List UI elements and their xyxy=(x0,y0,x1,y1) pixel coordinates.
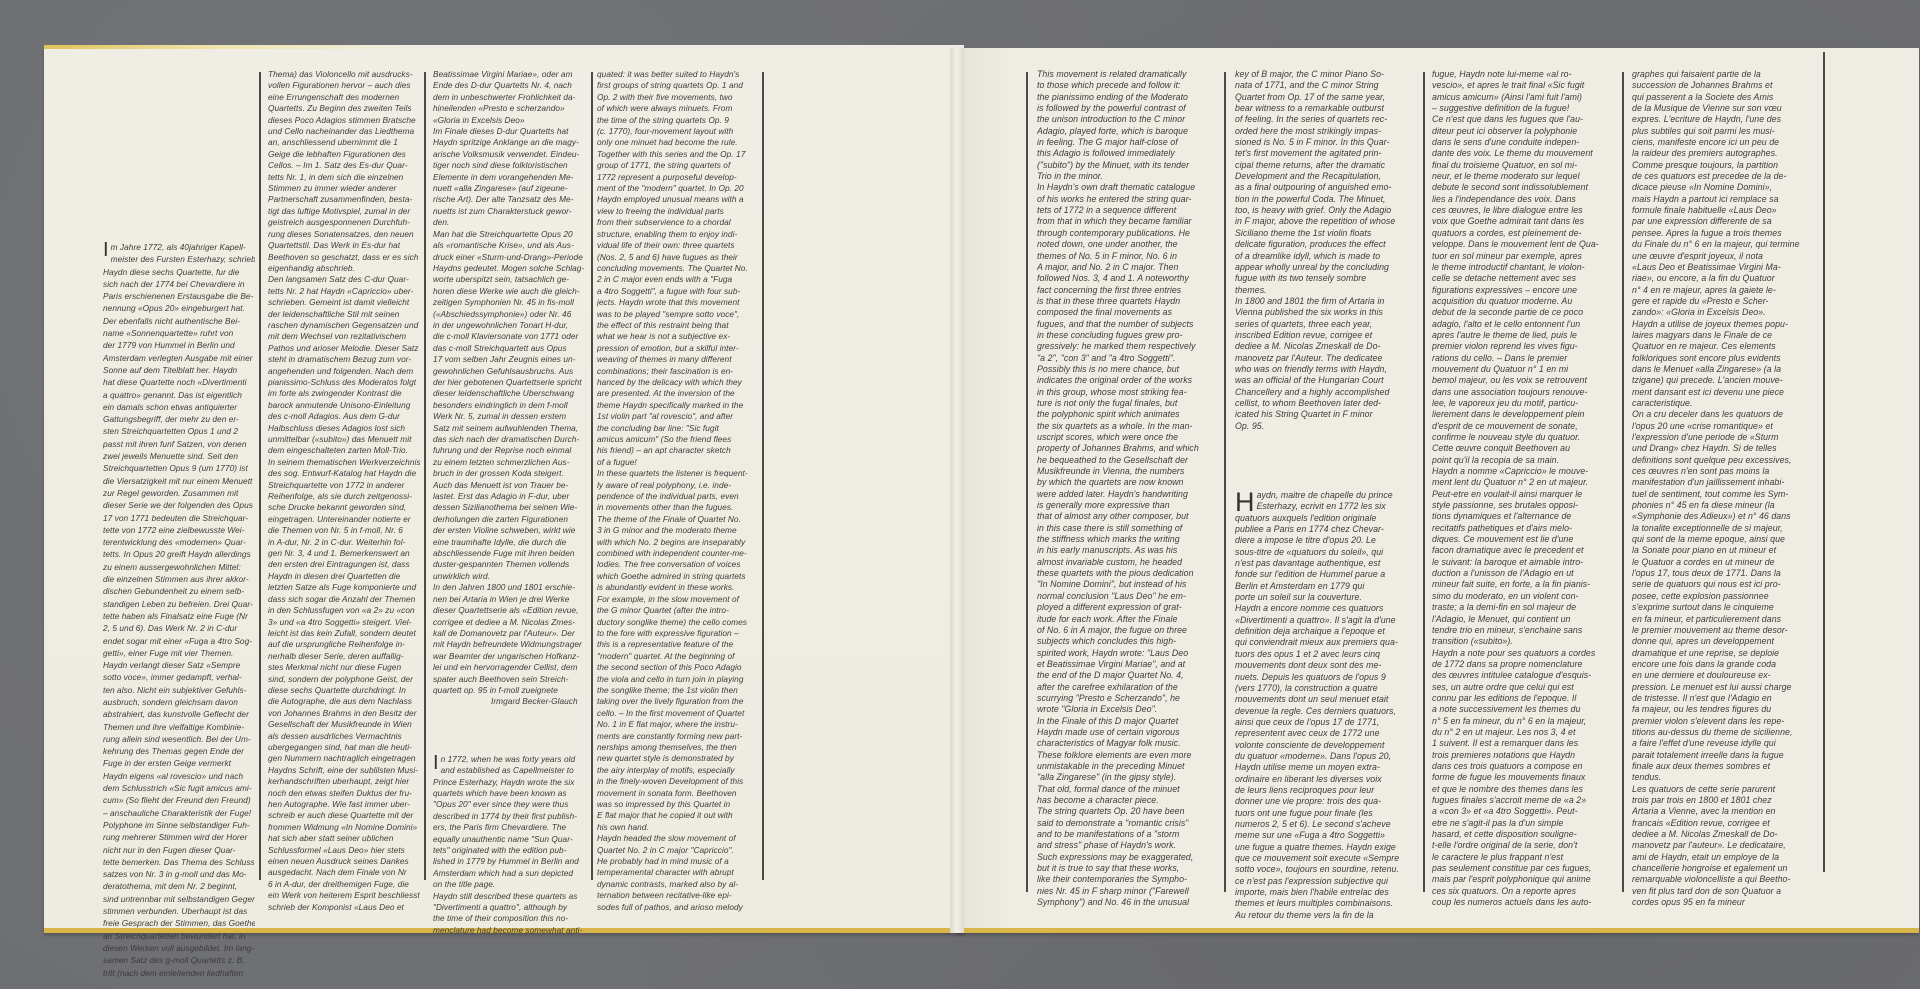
text-line: nerhalb dieser Serie, deren auffallig- xyxy=(268,651,420,662)
column-rule xyxy=(1823,52,1825,872)
text-line: que ce mouvement soit execute «Sempre xyxy=(1235,853,1421,864)
drop-cap: H xyxy=(1235,492,1255,512)
text-line: duction a l'unisson de l'Adagio en ut xyxy=(1432,568,1619,579)
text-line: passt mit ihren funf Satzen, von denen xyxy=(103,438,255,450)
text-line: die Autographe, die aus dem Nachlass xyxy=(268,696,420,707)
text-line: le Quatuor a cordes en ut mineur de xyxy=(1632,557,1820,568)
text-line: Auch das Menuett ist von Trauer be- xyxy=(433,480,587,491)
text-line: in movements other than the fugues. xyxy=(597,502,759,513)
text-line: des c-moll Adagios. Aus dem G-dur xyxy=(268,411,420,422)
text-line: recitatifs pathetiques et d'airs melo- xyxy=(1432,523,1619,534)
text-line: is abundantly evident in these works. xyxy=(597,582,759,593)
text-line: dessen Sizilianothema bei seinen Wie- xyxy=(433,502,587,513)
text-line: sous-titre de «quatuors du soleil», qui xyxy=(1235,547,1421,558)
text-line: ly aware of real polyphony, i.e. inde- xyxy=(597,480,759,491)
text-line: duster-gespannten Themen vollends xyxy=(433,559,587,570)
text-line: the G minor Quartet (after the intro- xyxy=(597,605,759,616)
text-line: stes Merkmal nicht nur diese Fugen xyxy=(268,662,420,673)
text-line: "Divertimenti a quattro", although by xyxy=(433,902,587,913)
text-line: mouvements dont un seul menuet etait xyxy=(1235,694,1421,705)
text-line: du quatuor «moderne». Dans l'opus 20, xyxy=(1235,751,1421,762)
text-line: apres l'autre le theme de lied, puis le xyxy=(1432,330,1619,341)
text-line: abschliessende Fuge mit ihren beiden xyxy=(433,548,587,559)
text-line: on the title page. xyxy=(433,879,587,890)
text-line: numeros 2, 5 et 6). Le second s'acheve xyxy=(1235,819,1421,830)
text-line: itude for each work. After the Finale xyxy=(1037,614,1221,625)
text-line: fonde sur l'edition de Hummel parue a xyxy=(1235,569,1421,580)
text-line: hen Autographe. Wie fast immer uber- xyxy=(268,799,420,810)
text-line: deratothema, mit dem Nr. 2 beginnt, xyxy=(103,880,255,892)
text-line: "alla Zingarese" (in the gipsy style). xyxy=(1037,772,1221,783)
text-line: cellist, to whom Beethoven later ded- xyxy=(1235,398,1421,409)
text-line: et Beatissimae Virgini Mariae", and at xyxy=(1037,659,1221,670)
text-line: acquisition du quatuor moderne. Au xyxy=(1432,296,1619,307)
text-line: indicates the original order of the work… xyxy=(1037,375,1221,386)
text-line: veloppe. Dans le mouvement lent de Qua- xyxy=(1432,239,1619,250)
text-line: diques. Ce mouvement est lie d'une xyxy=(1432,534,1619,545)
text-line: dante des voix. Le theme du mouvement xyxy=(1432,148,1619,159)
text-line: connu par les editions de l'epoque. Il xyxy=(1432,693,1619,704)
text-line: to those which precede and follow it: xyxy=(1037,80,1221,91)
text-line: Haydn a note pour ses quatuors a cordes xyxy=(1432,648,1619,659)
text-line: For example, in the slow movement of xyxy=(597,594,759,605)
text-line: Stimmen zu immer wieder anderer xyxy=(268,183,420,194)
text-line: n'est pas davantage authentique, est xyxy=(1235,558,1421,569)
text-line: ces œuvres, le libre dialogue entre les xyxy=(1432,205,1619,216)
text-line: zeitigen Symphonien Nr. 45 in fis-moll xyxy=(433,297,587,308)
text-line: lierement dans le developpement plein xyxy=(1432,409,1619,420)
text-line: derholungen die zarten Figurationen xyxy=(433,514,587,525)
text-line: forme de fugue les mouvements finaux xyxy=(1432,772,1619,783)
text-line: Siciliano theme the 1st violin floats xyxy=(1235,228,1421,239)
booklet-spine xyxy=(950,48,964,933)
text-line: von Johannes Brahms in den Besitz der xyxy=(268,708,420,719)
text-line: sioned is No. 5 in F minor. In this Quar… xyxy=(1235,137,1421,148)
text-line: an, anschliessend ubernimmt die 1 xyxy=(268,137,420,148)
text-line: manovetz par l'Auteur. The dedicatee xyxy=(1235,353,1421,364)
text-line: ausgedacht. Nach dem Finale von Nr xyxy=(268,867,420,878)
text-line: posee, cette explosion passionnee xyxy=(1632,591,1820,602)
text-line: – anschauliche Charakteristik der Fuge! xyxy=(103,807,255,819)
text-line: du n° 2 en ut majeur. Les nos 3, 4 et xyxy=(1432,727,1619,738)
text-line: this Adagio is followed immediately xyxy=(1037,148,1221,159)
text-line: Haydn made use of certain vigorous xyxy=(1037,727,1221,738)
text-line: premier violon reprend les vives figu- xyxy=(1432,341,1619,352)
text-line: Den langsamen Satz des C-dur Quar- xyxy=(268,274,420,285)
text-line: like their contemporaries the Sympho- xyxy=(1037,874,1221,885)
text-line: bemol majeur, ou les voix se retrouvent xyxy=(1432,375,1619,386)
text-line: tendus. xyxy=(1632,772,1820,783)
text-line: facon dramatique avec le precedent et xyxy=(1432,545,1619,556)
text-line: mais Haydn a partout ici remplace sa xyxy=(1632,194,1820,205)
text-line: In Haydn's own draft thematic catalogue xyxy=(1037,182,1221,193)
paragraph-gap xyxy=(433,708,587,754)
text-line: scurrying "Presto e Scherzando", he xyxy=(1037,693,1221,704)
text-line: des sog. Entwurf-Katalog hat Haydn die xyxy=(268,468,420,479)
text-line: zur Regel geworden. Zusammen mit xyxy=(103,487,255,499)
text-line: Comme presque toujours, la partition xyxy=(1632,160,1820,171)
text-line: Sonne auf dem Titelblatt her. Haydn xyxy=(103,364,255,376)
text-line: hanced by the delicacy with which they xyxy=(597,377,759,388)
text-line: theme Haydn specifically marked in the xyxy=(597,400,759,411)
text-line: equally unauthentic name "Sun Quar- xyxy=(433,834,587,845)
text-line: gressively: he marked them respectively xyxy=(1037,341,1221,352)
text-line: ciens, manifeste encore ici un peu de xyxy=(1632,137,1820,148)
text-line: ers, the Paris firm Chevardiere. The xyxy=(433,822,587,833)
text-line: dieses Poco Adagios stimmen Bratsche xyxy=(268,115,420,126)
text-line: lished in 1779 by Hummel in Berlin and xyxy=(433,856,587,867)
text-line: im forte als zwingender Kontrast die xyxy=(268,388,420,399)
text-line: ("subito") by the Minuet, with its tende… xyxy=(1037,160,1221,171)
text-line: ture is not only the fugal finales, but xyxy=(1037,398,1221,409)
author-signature: Irmgard Becker-Glauch xyxy=(433,696,587,707)
text-line: fugues, and that the number of subjects xyxy=(1037,319,1221,330)
text-line: in den Schlussfugen von «a 2» zu «con xyxy=(268,605,420,616)
column-rule xyxy=(1224,72,1226,892)
text-line: 1 suivent. Il est a remarquer dans les xyxy=(1432,738,1619,749)
text-line: 2, 5 und 6). Das Werk Nr. 2 in C-dur xyxy=(103,622,255,634)
text-line: druck einer «Sturm-und-Drang»-Periode xyxy=(433,252,587,263)
text-line: of which were always minuets. From xyxy=(597,103,759,114)
text-line: etre ne s'agit-il pas la d'un simple xyxy=(1432,818,1619,829)
text-line: Quartetts. Zu Beginn des zweiten Teils xyxy=(268,103,420,114)
text-line: expres. L'ecriture de Haydn, l'une des xyxy=(1632,114,1820,125)
text-line: Cellos. – Im 1. Satz des Es-dur Quar- xyxy=(268,160,420,171)
text-line: Satz mit seinem aufwuhlenden Thema, xyxy=(433,423,587,434)
text-line: rung allein sind wesentlich. Bei der Um- xyxy=(103,733,255,745)
text-line: spater auch Beethoven sein Streich- xyxy=(433,674,587,685)
text-line: succession de Johannes Brahms et xyxy=(1632,80,1820,91)
text-line: figurations expressives – encore une xyxy=(1432,285,1619,296)
text-line: Paris erschienenen Erstausgabe die Be- xyxy=(103,290,255,302)
text-line: bear witness to a remarkable outburst xyxy=(1235,103,1421,114)
text-line: dieser Serie we der folgenden des Opus xyxy=(103,499,255,511)
text-line: tions dynamiques et l'alternance de xyxy=(1432,511,1619,522)
text-line: noted down, one under another, the xyxy=(1037,239,1221,250)
text-line: hat sich aber statt seiner ublichen xyxy=(268,833,420,844)
text-line: first groups of string quartets Op. 1 an… xyxy=(597,80,759,91)
text-line: composed the final movements as xyxy=(1037,307,1221,318)
text-line: jects. Haydn wrote that this movement xyxy=(597,297,759,308)
text-line: riae», ou encore, a la fin du Quatuor xyxy=(1632,273,1820,284)
text-line: (c. 1770), four-movement layout with xyxy=(597,126,759,137)
text-line: et que le nombre des themes dans les xyxy=(1432,784,1619,795)
text-line: celle se detache nettement avec ses xyxy=(1432,273,1619,284)
text-line: eine traumhafte Idylle, die durch die xyxy=(433,537,587,548)
text-line: der 1779 von Hummel in Berlin und xyxy=(103,339,255,351)
text-line: normal conclusion "Laus Deo" he em- xyxy=(1037,591,1221,602)
text-line: in his early manuscripts. As was his xyxy=(1037,545,1221,556)
text-line: meme sur une «Fuga a 4tro Soggetti» xyxy=(1235,830,1421,841)
text-line: sodes full of pathos, and arioso melody xyxy=(597,902,759,913)
text-line: too, is heavy with grief. Only the Adagi… xyxy=(1235,205,1421,216)
text-line: rations du cello. – Dans le premier xyxy=(1432,353,1619,364)
text-line: ces œuvres n'en sont pas moins la xyxy=(1632,466,1820,477)
text-line: t-elle l'ordre original de la serie, don… xyxy=(1432,840,1619,851)
text-line: cello. – In the first movement of Quarte… xyxy=(597,708,759,719)
text-line: Haydn a nomme «Capriccio» le mouve- xyxy=(1432,466,1619,477)
text-line: On a cru deceler dans les quatuors de xyxy=(1632,409,1820,420)
text-line: combinations; their fascination is en- xyxy=(597,366,759,377)
text-line: fugue, Haydn note lui-meme «al ro- xyxy=(1432,69,1619,80)
text-line: porte un soleil sur la couverture. xyxy=(1235,592,1421,603)
text-line: graphes qui faisaient partie de la xyxy=(1632,69,1820,80)
text-line: mais par l'esprit polyphonique qui anime xyxy=(1432,874,1619,885)
text-line: lei und ein hervorragender Cellist, dem xyxy=(433,662,587,673)
text-line: l'Adagio, le Menuet, qui contient un xyxy=(1432,614,1619,625)
text-line: was an official of the Hungarian Court xyxy=(1235,375,1421,386)
text-line: letzten Satze als Fuge komponierte und xyxy=(268,582,420,593)
text-line: Symphony") and No. 46 in the unusual xyxy=(1037,897,1221,908)
text-line: property of Johannes Brahms, and which xyxy=(1037,443,1221,454)
text-line: Haydn still described these quartets as xyxy=(433,891,587,902)
drop-cap: I xyxy=(103,243,109,257)
text-line: Thema) das Violoncello mit ausdrucks- xyxy=(268,69,420,80)
text-line: quated: it was better suited to Haydn's xyxy=(597,69,759,80)
text-line: le caractere le plus frappant n'est xyxy=(1432,852,1619,863)
text-line: Development and the Recapitulation, xyxy=(1235,171,1421,182)
text-line: corrigee et dediee a M. Nicolas Zmes- xyxy=(433,617,587,628)
text-line: de leurs liens reciproques pour leur xyxy=(1235,785,1421,796)
text-line: de tristesse. Il n'est que l'Adagio en xyxy=(1632,693,1820,704)
text-line: characteristics of Magyar folk music. xyxy=(1037,738,1221,749)
text-line: Haydn a encore nomme ces quatuors xyxy=(1235,603,1421,614)
text-line: Berlin et Amsterdam en 1779 qui xyxy=(1235,581,1421,592)
text-line: manifestation d'un jaillissement inhabi- xyxy=(1632,477,1820,488)
text-line: ainsi que ceux de l'opus 17 de 1771, xyxy=(1235,717,1421,728)
text-line: who was on friendly terms with Haydn, xyxy=(1235,364,1421,375)
text-line: Quartet No. 2 in C major "Capriccio". xyxy=(597,845,759,856)
text-line: dediee a M. Nicolas Zmeskall de Do- xyxy=(1235,341,1421,352)
text-line: Musikfreunde in Vienna, the numbers xyxy=(1037,466,1221,477)
text-line: vidual life of their own: three quartets xyxy=(597,240,759,251)
text-line: key of B major, the C minor Piano So- xyxy=(1235,69,1421,80)
text-line: of No. 6 in A major, the fugue on three xyxy=(1037,625,1221,636)
text-line: and stress" phase of Haydn's work. xyxy=(1037,840,1221,851)
text-line: – suggestive definition de la fugue! xyxy=(1432,103,1619,114)
text-line: kerhandschriften uberhaupt, zeigt hier xyxy=(268,776,420,787)
text-line: only one minuet had become the rule. xyxy=(597,137,759,148)
text-line: Haydn utilise meme un moyen extra- xyxy=(1235,762,1421,773)
text-line: Haydns gedeutet. Mogen solche Schlag- xyxy=(433,263,587,274)
text-line: und Cello nacheinander das Liedthema xyxy=(268,126,420,137)
text-line: to the fore with expressive figuration – xyxy=(597,628,759,639)
text-line: icated his String Quartet in F minor xyxy=(1235,409,1421,420)
text-line: sotto voce», immer gedampft, verhal- xyxy=(103,671,255,683)
text-line: gen Nummern nachtraglich eingetragen xyxy=(268,753,420,764)
text-line: l'expression d'une periode de «Sturm xyxy=(1632,432,1820,443)
text-line: Quartet from Op. 17 of the same year, xyxy=(1235,92,1421,103)
text-line: laires magyars dans le Finale de ce xyxy=(1632,330,1820,341)
text-line: d'esprit de ce mouvement de sonate, xyxy=(1432,421,1619,432)
text-line: hat diese Quartette noch «Divertimenti xyxy=(103,376,255,388)
text-line: getti», einer Fuge mit vier Themen. xyxy=(103,647,255,659)
text-line: samen Satz des g-moll Quartetts z. B. xyxy=(103,954,255,966)
text-line: but it is true to say that these works, xyxy=(1037,863,1221,874)
text-line: the time of their composition this no- xyxy=(433,913,587,924)
drop-cap: I xyxy=(433,756,439,770)
text-line: series of quartets, three each year, xyxy=(1235,319,1421,330)
text-line: dramatique et une reprise, se deploie xyxy=(1632,648,1820,659)
text-line: schrieben. Gemeint ist damit vielleicht xyxy=(268,297,420,308)
text-line: eingetragen. Untereinander notierte er xyxy=(268,514,420,525)
text-line: freie Gesprach der Stimmen, das Goethe xyxy=(103,917,255,929)
text-line: lies a l'independance des voix. Dans xyxy=(1432,194,1619,205)
text-line: that of almost any other composer, but xyxy=(1037,511,1221,522)
text-line: inscribed Edition revue, corrigee et xyxy=(1235,330,1421,341)
text-line: Artaria a Vienne, avec la mention en xyxy=(1632,806,1820,817)
text-line: ses, un autre ordre que celui qui est xyxy=(1432,682,1619,693)
text-line: mit dem Wechsel von rezitativischem xyxy=(268,331,420,342)
text-line: orded here the most strikingly impas- xyxy=(1235,126,1421,137)
text-line: the time of the string quartets Op. 9 xyxy=(597,115,759,126)
text-line: raschen dynamischen Gegensatzen und xyxy=(268,320,420,331)
text-line: Such expressions may be exaggerated, xyxy=(1037,852,1221,863)
text-line: quatuors auxquels l'edition originale xyxy=(1235,513,1421,524)
text-line: 3 in G minor and the moderato theme xyxy=(597,525,759,536)
text-line: dynamic contrasts, marked also by al- xyxy=(597,879,759,890)
text-line: als «romantische Krise», und als Aus- xyxy=(433,240,587,251)
text-line: That old, formal dance of the minuet xyxy=(1037,784,1221,795)
text-line: combined with independent counter-me- xyxy=(597,548,759,559)
text-line: trois par trois en 1800 et 1801 chez xyxy=(1632,795,1820,806)
text-line: aydn, maitre de chapelle du prince xyxy=(1235,490,1421,501)
text-line: Pathos und arioser Melodie. Dieser Satz xyxy=(268,343,420,354)
text-line: The string quartets Op. 20 have been xyxy=(1037,806,1221,817)
text-line: quatuors a cordes, est pleinement de- xyxy=(1432,228,1619,239)
text-line: devenue la regle. Ces derniers quatuors, xyxy=(1235,706,1421,717)
text-line: tiger noch sind diese folkloristischen xyxy=(433,160,587,171)
text-line: premier violon s'elevent dans les repe- xyxy=(1632,716,1820,727)
text-line: der leidenschaftliche Stil mit seinen xyxy=(268,309,420,320)
text-line: tritt (nach dem einleitenden liedhaften xyxy=(103,967,255,979)
text-line: the polyphonic spirit which animates xyxy=(1037,409,1221,420)
text-line: in der ungewohnlichen Tonart H-dur, xyxy=(433,320,587,331)
text-line: n° 5 en fa mineur, du n° 6 en la majeur, xyxy=(1432,716,1619,727)
text-line: with which No. 2 begins are inseparably xyxy=(597,537,759,548)
text-line: pendence of the individual parts, even xyxy=(597,491,759,502)
text-line: the end of the D major Quartet No. 4, xyxy=(1037,670,1221,681)
text-line: n° 4 en re majeur, apres la gaiete le- xyxy=(1632,285,1820,296)
text-line: qui sont de la meme epoque, ainsi que xyxy=(1632,534,1820,545)
text-line: sind untrennbar mit selbstandigen Gegen- xyxy=(103,893,255,905)
text-line: «Divertimenti a quattro». Il s'agit la d… xyxy=(1235,615,1421,626)
text-line: is generally more expressive than xyxy=(1037,500,1221,511)
text-line: arische Volksmusik verwendet. Eindeu- xyxy=(433,149,587,160)
text-line: lastet. Erst das Adagio in F-dur, uber xyxy=(433,491,587,502)
text-line: tzigane) qui precede. L'ancien mouve- xyxy=(1632,375,1820,386)
text-line: donne qui, apres un developpement xyxy=(1632,636,1820,647)
text-line: cordes opus 95 en fa mineur xyxy=(1632,897,1820,908)
text-line: nen bei Artaria in Wien je drei Werke xyxy=(433,594,587,605)
text-line: Werk Nr. 5, zumal in dessen erstem xyxy=(433,411,587,422)
text-line: amicus amicum» (Ainsi l'ami fuit l'ami) xyxy=(1432,92,1619,103)
text-line: gen Nr. 3, 4 und 1. Bemerkenswert an xyxy=(268,548,420,559)
text-line: Ende des D-dur Quartetts Nr. 4, nach xyxy=(433,80,587,91)
text-line: tette von 1772 eine zielbewusste Wei- xyxy=(103,524,255,536)
text-line: representent avec ceux de 1772 une xyxy=(1235,728,1421,739)
text-line: Elemente in dem vorangehenden Me- xyxy=(433,172,587,183)
text-line: ments are constantly forming new part- xyxy=(597,731,759,742)
text-line: gere et rapide du «Presto e Scher- xyxy=(1632,296,1820,307)
english-french-text-column-6: key of B major, the C minor Piano So-nat… xyxy=(1235,69,1421,921)
paragraph-gap xyxy=(1235,432,1421,490)
text-line: sche Drucke bekannt geworden sind, xyxy=(268,502,420,513)
text-line: tette haben als Finalsatz eine Fuge (Nr xyxy=(103,610,255,622)
text-line: In seinem thematischen Werkverzeichnis xyxy=(268,457,420,468)
text-line: satzes von Nr. 3 in g-moll und das Mo- xyxy=(103,868,255,880)
text-line: of feeling. In the series of quartets re… xyxy=(1235,114,1421,125)
text-line: themes of No. 5 in F minor, No. 6 in xyxy=(1037,251,1221,262)
text-line: pianissimo-Schluss des Moderatos folgt xyxy=(268,377,420,388)
column-rule xyxy=(1622,72,1624,892)
text-line: Partnerschaft zusammenfinden, besta- xyxy=(268,194,420,205)
text-line: diese sechs Quartette durchdringt. In xyxy=(268,685,420,696)
text-line: Cette œuvre conquit Beethoven au xyxy=(1432,443,1619,454)
text-line: weaving of themes in many different xyxy=(597,354,759,365)
text-line: «Symphonie des Adieux») et n° 46 dans xyxy=(1632,511,1820,522)
text-line: (vers 1770), la construction a quatre xyxy=(1235,683,1421,694)
text-line: nies Nr. 45 in F sharp minor ("Farewell xyxy=(1037,886,1221,897)
text-line: of a dreamlike idyll, which is made to xyxy=(1235,251,1421,262)
text-line: ment of the "modern" quartet. In Op. 20 xyxy=(597,183,759,194)
text-line: mouvement du Quatuor n° 1 en mi xyxy=(1432,364,1619,375)
text-line: en fa mineur, et particulierement dans xyxy=(1632,614,1820,625)
text-line: das sich nach der dramatischen Durch- xyxy=(433,434,587,445)
text-line: l'opus 20 une «crise romantique» et xyxy=(1632,421,1820,432)
text-line: eine Errungenschaft des modernen xyxy=(268,92,420,103)
text-line: the stiffness which marks the writing xyxy=(1037,534,1221,545)
text-line: und Drang» chez Haydn. Si de telles xyxy=(1632,443,1820,454)
text-line: parait totalement irreelle dans la fugue xyxy=(1632,750,1820,761)
german-english-text-column-3: Beatissimae Virgini Mariae», oder amEnde… xyxy=(433,69,587,936)
text-line: meister des Fursten Esterhazy, schrieb xyxy=(103,253,255,265)
text-line: menclature had become somewhat anti- xyxy=(433,925,587,936)
text-line: zando»: «Gloria in Excelsis Deo». xyxy=(1632,307,1820,318)
column-rule xyxy=(1423,72,1425,892)
text-line: schrieb der Komponist «Laus Deo et xyxy=(268,902,420,913)
text-line: stimmen verbunden. Uberhaupt ist das xyxy=(103,905,255,917)
text-line: une fugue a quatre themes. Haydn exige xyxy=(1235,842,1421,853)
text-line: das c-moll Streichquartett aus Opus xyxy=(433,343,587,354)
text-line: movement in sonata form. Beethoven xyxy=(597,788,759,799)
text-line: Streichquartette von 1772 in anderer xyxy=(268,480,420,491)
text-line: a note successivement les themes du xyxy=(1432,704,1619,715)
text-line: donner une vie propre: trois des qua- xyxy=(1235,796,1421,807)
text-line: and established as Capellmeister to xyxy=(433,765,587,776)
text-line: («Abschiedssymphonie») oder Nr. 46 xyxy=(433,309,587,320)
text-line: ordinaire en liberant les diverses voix xyxy=(1235,774,1421,785)
text-line: In den Jahren 1800 und 1801 erschie- xyxy=(433,582,587,593)
text-line: through contemporary publications. He xyxy=(1037,228,1221,239)
text-line: Halbschluss dieses Adagios lost sich xyxy=(268,423,420,434)
text-line: rung mehrerer Stimmen wird der Horer xyxy=(103,831,255,843)
english-text-column-5: This movement is related dramaticallyto … xyxy=(1037,69,1221,908)
text-line: from that in which they became familiar xyxy=(1037,216,1221,227)
text-line: quartets which have been known as xyxy=(433,788,587,799)
text-line: war Beamter der ungarischen Hofkanz- xyxy=(433,651,587,662)
text-line: 1st violin part "al rovescio", and after xyxy=(597,411,759,422)
text-line: in these concluding fugues grew pro- xyxy=(1037,330,1221,341)
text-line: a «con 3» et «a 4tro Soggetti». Peut- xyxy=(1432,806,1619,817)
text-line: remarquable violoncelliste a qui Beetho- xyxy=(1632,874,1820,885)
text-line: en une derniere et douloureuse ex- xyxy=(1632,670,1820,681)
text-line: dem in unbeschwerter Frohlichkeit da- xyxy=(433,92,587,103)
text-line: 17 von 1771 bedeuten die Streichquar- xyxy=(103,512,255,524)
text-line: is that in these three quartets Haydn xyxy=(1037,296,1221,307)
text-line: Gesellschaft der Musikfreunde in Wien xyxy=(268,719,420,730)
text-line: dem Schlusstrich «Sic fugit amicus ami- xyxy=(103,782,255,794)
